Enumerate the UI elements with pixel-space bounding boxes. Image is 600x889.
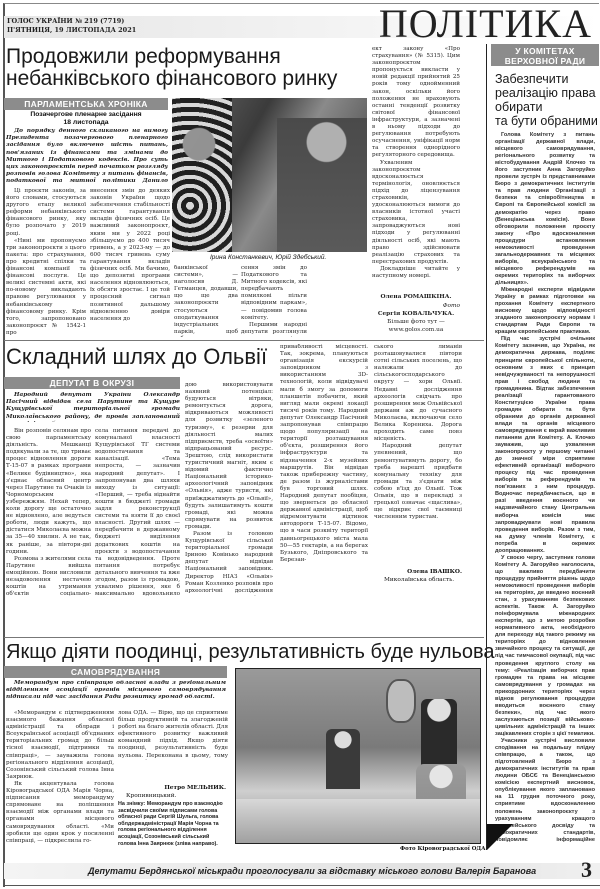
paragraph: У своєю чергу, заступник голови Комітету… [495,555,595,738]
sidebar-headline[interactable]: Забезпечити реалізацію права обирати та … [495,72,599,128]
rubric-deputy-district: ДЕПУТАТ В ОКРУЗІ [4,377,180,389]
paragraph: села питання передачі до комунальної вла… [95,428,180,596]
sidebar-rubric: У КОМІТЕТАХ ВЕРХОВНОЇ РАДИ [491,44,599,66]
rubric-line: У КОМІТЕТАХ [491,46,599,56]
issue-number: ГОЛОС УКРАЇНИ № 219 (7719) [7,17,136,26]
paragraph: сення змін до Податкового та Митного код… [241,265,307,322]
article1-column-4: сення змін до Податкового та Митного код… [241,265,307,337]
article1-column-5: ект закону «Про страхування» (№ 5315). Ц… [372,46,460,278]
lead-text: Меморандум про співпрацю обласної влади … [6,680,226,702]
subhead-line: 18 листопада [4,119,168,127]
article1-column-3: банківської системи», — наголосив Д. Гет… [174,265,238,337]
paragraph: Разом із головою Кущурівської сільської … [185,531,273,596]
article1-headline[interactable]: Продовжили реформування небанківського ф… [6,46,376,90]
paragraph: дою використовувати наявний потенціал: б… [185,382,273,531]
paragraph: Першими народні депутати розглянули та у… [241,322,307,337]
paragraph: Народний депутат упевнений, що ремонтува… [374,443,462,521]
section-title: ПОЛІТИКА [379,4,592,44]
article2-column-4: привабливості місцевості. Так, зокрема, … [280,344,368,596]
article1-credits: Олена РОМАШКІНА. Фото Сергія КОВАЛЬЧУКА.… [372,294,460,334]
divider [4,340,484,341]
photo-deputies [172,98,367,252]
paragraph: внесення змін до деяких законів України … [90,188,170,323]
article3-lead: Меморандум про співпрацю обласної влади … [6,680,226,704]
person-left-silhouette [172,98,232,252]
article2-column-5: ського лиманів розташовувалися півтори с… [374,344,462,566]
coat-of-arms-shape [386,679,416,723]
masthead-info: ГОЛОС УКРАЇНИ № 219 (7719) П'ЯТНИЦЯ, 19 … [7,17,136,35]
more-photos-link[interactable]: www.golos.com.ua [372,327,460,334]
author: Олена ІВАШКО. [374,568,462,576]
article3-column-2: лова ОДА. — Вірю, що це сприятиме більш … [118,710,228,760]
desk [236,799,480,843]
issue-date: П'ЯТНИЦЯ, 19 ЛИСТОПАДА 2021 [7,26,136,35]
bottom-rule [4,885,600,886]
paragraph: Під час зустрічі очільник Комітету зазна… [495,336,595,554]
region: Кропивницький. [118,792,226,800]
lead-text: До порядку денного скликаного на вимогу … [6,128,168,186]
article3-headline[interactable]: Якщо діяти поодинці, результативність бу… [6,640,495,664]
paragraph: ського лиманів розташовувалися півтори с… [374,344,462,443]
paragraph: лова ОДА. — Вірю, що це сприятиме більш … [118,710,228,760]
author: Олена РОМАШКІНА. [372,294,460,301]
corner-triangle [487,824,513,850]
article2-signature: Олена ІВАШКО. Миколаївська область. [374,568,462,584]
paragraph: Міжнародні експерти відвідали Україну в … [495,287,595,336]
paragraph: ект закону «Про страхування» (№ 5315). Ц… [372,46,460,160]
person-right-silhouette [277,118,367,252]
footer-headline[interactable]: Депутати Бердянської міськради проголосу… [88,864,536,878]
article2-column-1: Він розповів селянам про свою парламентс… [6,428,91,596]
article1-subhead: Позачергове пленарне засідання 18 листоп… [4,111,168,127]
headline-line: обирати [495,100,599,114]
photo-credit-label: Фото [372,303,460,310]
subhead-line: Позачергове пленарне засідання [4,111,168,119]
sidebar-committees: У КОМІТЕТАХ ВЕРХОВНОЇ РАДИ Забезпечити р… [486,44,599,850]
article3-signature: Петро МЕЛЬНИК. Кропивницький. [118,784,226,800]
paragraph: банківської системи», — наголосив Д. Гет… [174,265,238,337]
article2-column-3: дою використовувати наявний потенціал: б… [185,382,273,596]
paragraph: Докладніше читайте у наступному номері. [372,266,460,278]
paragraph: Ухваленим законопроєктом вдосконалюється… [372,160,460,266]
article1-lead: До порядку денного скликаного на вимогу … [6,128,168,186]
rubric-line: ВЕРХОВНОЇ РАДИ [491,56,599,66]
photo-council-meeting [235,668,481,844]
photo-credit: Фото Кіровоградської ОДА. [400,846,487,852]
paragraph: Голова Комітету з питань організації дер… [495,132,595,287]
paragraph: «Нині ми пропонуємо три законопроєкти з … [6,238,86,337]
rubric-parliament-chronicle: ПАРЛАМЕНТСЬКА ХРОНІКА [4,98,168,110]
headline-line: реалізацію права [495,86,599,100]
author: Петро МЕЛЬНИК. [118,784,226,792]
article2-headline[interactable]: Складний шлях до Ольвії [6,344,267,370]
headline-line: небанківського фінансового ринку [6,68,376,90]
paragraph: Він розповів селянам про свою парламентс… [6,428,91,556]
photo-credit: Сергія КОВАЛЬЧУКА. [372,311,460,318]
article1-column-1: Ці проєкти законів, за його словами, сто… [6,188,86,338]
paragraph: Ці проєкти законів, за його словами, сто… [6,188,86,238]
paragraph: Як акцентувала голова Кіровоградської ОД… [6,781,114,845]
article3-column-1: «Меморандум є підтвердженням взаємного б… [6,710,114,854]
headline-line: та бути обраними [495,114,599,128]
photo-caption: Ірина Констанкевич, Юрій Здебський. [210,254,326,261]
headline-line: Забезпечити [495,72,599,86]
article2-column-2: села питання передачі до комунальної вла… [95,428,180,596]
lead-text: Народний депутат України Олександр Пасіч… [6,392,180,422]
paragraph: «Меморандум є підтвердженням взаємного б… [6,710,114,781]
page-number: 3 [581,858,592,882]
region: Миколаївська область. [374,576,462,584]
article1-column-2: внесення змін до деяких законів України … [90,188,170,338]
sidebar-body: Голова Комітету з питань організації дер… [495,132,595,842]
more-photos-text: Більше фото тут — [372,319,460,326]
headline-line: Продовжили реформування [6,46,376,68]
paragraph: Розмова з жителями села Парутине вийшла … [6,556,91,596]
seated-person [326,729,360,789]
article3-photo-note: На знімку: Меморандум про взаємодію засв… [118,801,226,853]
divider [4,637,484,638]
article2-lead: Народний депутат України Олександр Пасіч… [6,392,180,422]
rubric-self-government: САМОВРЯДУВАННЯ [4,666,227,678]
paragraph: привабливості місцевості. Так, зокрема, … [280,344,368,564]
